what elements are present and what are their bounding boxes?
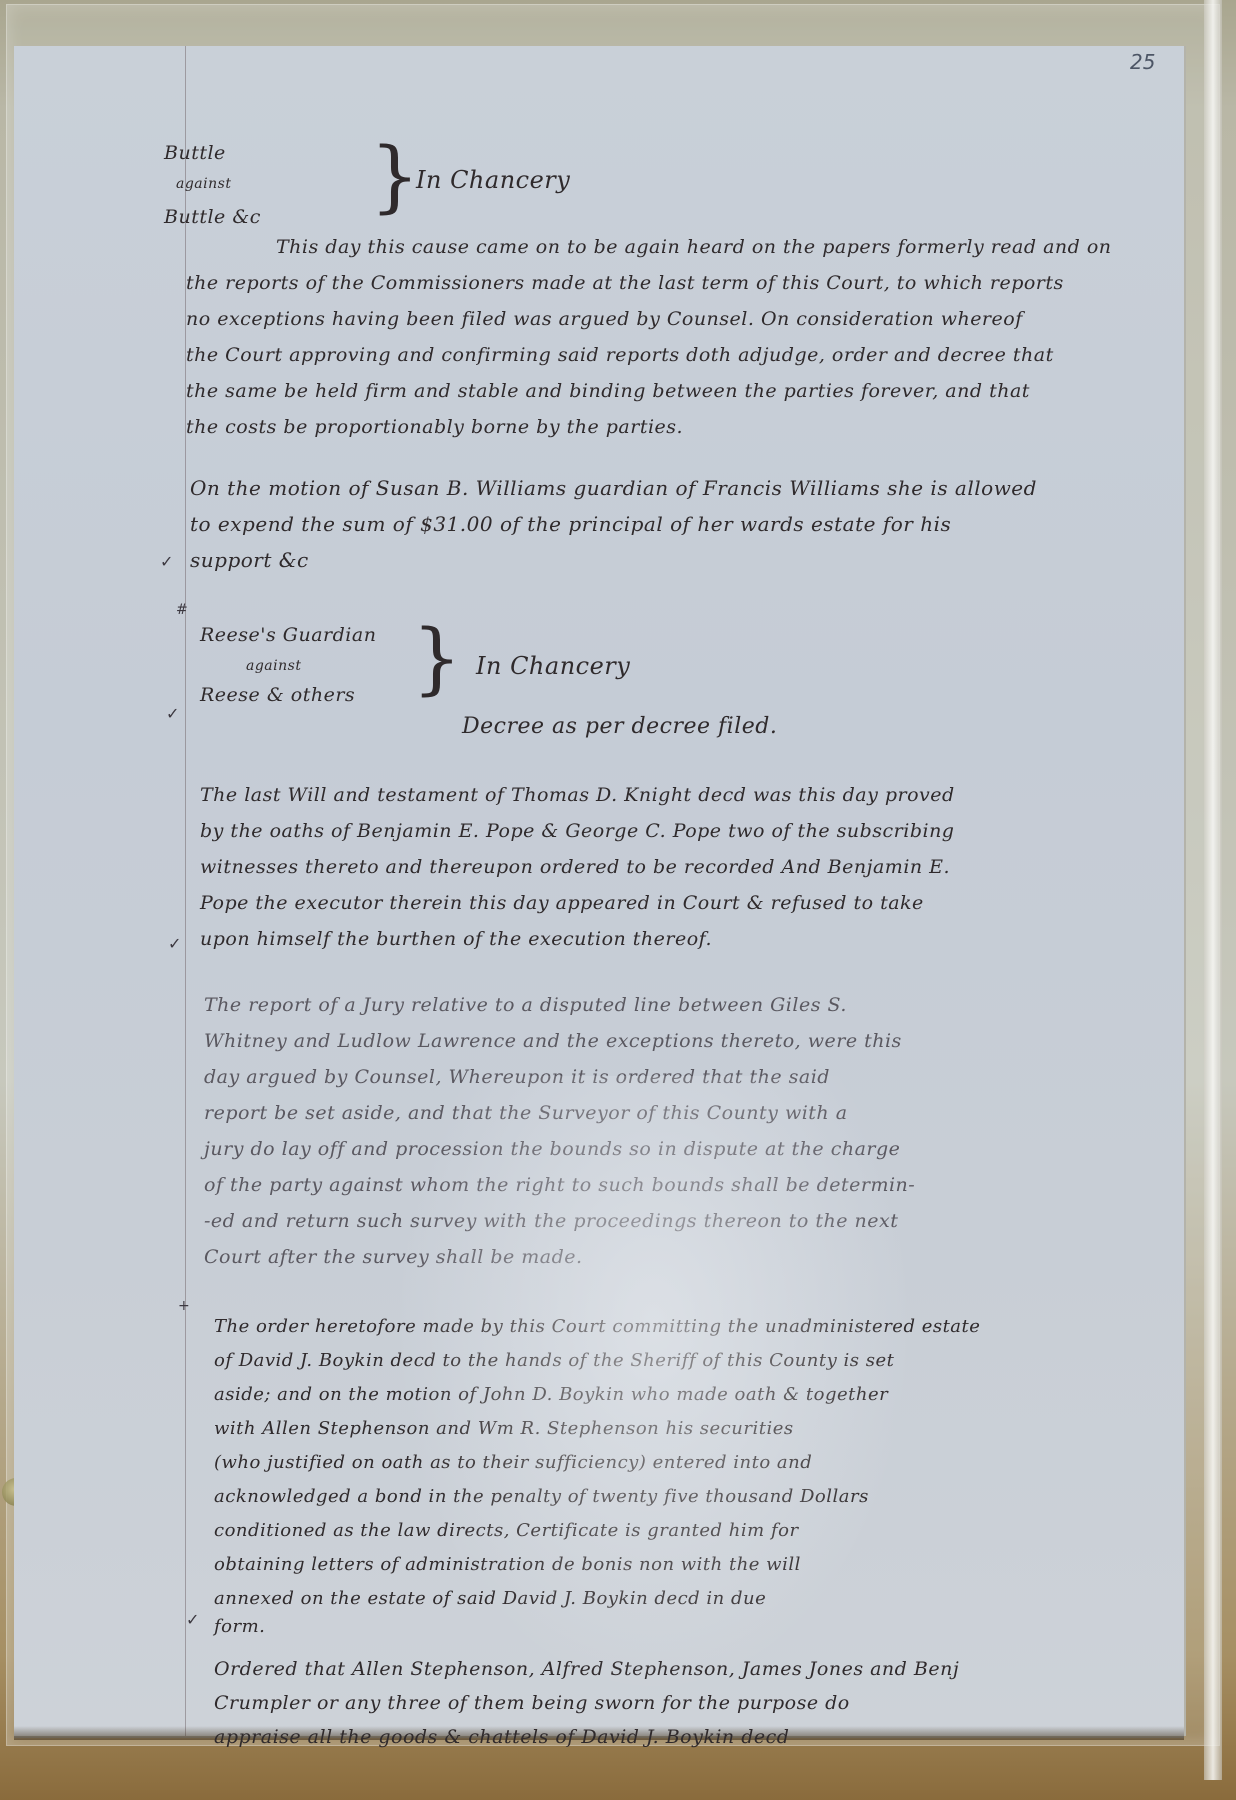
entry-line: support &c bbox=[190, 550, 309, 570]
entry-line: (who justified on oath as to their suffi… bbox=[214, 1454, 812, 1472]
entry-line: appraise all the goods & chattels of Dav… bbox=[214, 1728, 789, 1747]
entry-line: On the motion of Susan B. Williams guard… bbox=[190, 478, 1037, 498]
caption-defendant: Buttle &c bbox=[164, 206, 261, 228]
caption-plaintiff: Reese's Guardian bbox=[200, 624, 376, 646]
caption-brace: } bbox=[370, 138, 420, 216]
entry-line: Ordered that Allen Stephenson, Alfred St… bbox=[214, 1660, 959, 1679]
entry-line: form. bbox=[214, 1618, 265, 1636]
entry-line: report be set aside, and that the Survey… bbox=[204, 1104, 848, 1123]
court-label: In Chancery bbox=[416, 166, 570, 194]
manuscript-page: 25 Buttle against Buttle &c } In Chancer… bbox=[14, 46, 1184, 1736]
entry-line: The last Will and testament of Thomas D.… bbox=[200, 786, 955, 805]
entry-line: jury do lay off and procession the bound… bbox=[204, 1140, 900, 1159]
entry-line: witnesses thereto and thereupon ordered … bbox=[200, 858, 950, 877]
plus-mark-icon: + bbox=[178, 1298, 190, 1314]
entry-line: upon himself the burthen of the executio… bbox=[200, 930, 712, 949]
entry-line: aside; and on the motion of John D. Boyk… bbox=[214, 1386, 888, 1404]
entry-line: no exceptions having been filed was argu… bbox=[186, 310, 1023, 329]
checkmark-icon: ✓ bbox=[186, 1610, 199, 1629]
caption-versus: against bbox=[246, 658, 301, 674]
entry-line: of the party against whom the right to s… bbox=[204, 1176, 915, 1195]
entry-line: the same be held firm and stable and bin… bbox=[186, 382, 1030, 401]
entry-line: The order heretofore made by this Court … bbox=[214, 1318, 980, 1336]
entry-line: the costs be proportionably borne by the… bbox=[186, 418, 683, 437]
entry-line: annexed on the estate of said David J. B… bbox=[214, 1590, 766, 1608]
caption-defendant: Reese & others bbox=[200, 684, 355, 706]
entry-line: the reports of the Commissioners made at… bbox=[186, 274, 1064, 293]
caption-brace: } bbox=[412, 620, 462, 698]
entry-line: Decree as per decree filed. bbox=[462, 716, 777, 738]
page-number: 25 bbox=[1130, 50, 1155, 74]
entry-line: day argued by Counsel, Whereupon it is o… bbox=[204, 1068, 830, 1087]
entry-line: Whitney and Ludlow Lawrence and the exce… bbox=[204, 1032, 902, 1051]
entry-line: conditioned as the law directs, Certific… bbox=[214, 1522, 799, 1540]
entry-line: Court after the survey shall be made. bbox=[204, 1248, 583, 1267]
caption-versus: against bbox=[176, 176, 231, 192]
entry-line: to expend the sum of $31.00 of the princ… bbox=[190, 514, 951, 534]
checkmark-icon: ✓ bbox=[160, 552, 173, 571]
hash-mark-icon: # bbox=[176, 602, 188, 618]
checkmark-icon: ✓ bbox=[168, 934, 181, 953]
sleeve-edge bbox=[1204, 0, 1222, 1780]
entry-line: by the oaths of Benjamin E. Pope & Georg… bbox=[200, 822, 954, 841]
entry-line: of David J. Boykin decd to the hands of … bbox=[214, 1352, 894, 1370]
entry-line: obtaining letters of administration de b… bbox=[214, 1556, 801, 1574]
entry-line: -ed and return such survey with the proc… bbox=[204, 1212, 898, 1231]
entry-line: acknowledged a bond in the penalty of tw… bbox=[214, 1488, 869, 1506]
entry-line: The report of a Jury relative to a dispu… bbox=[204, 996, 847, 1015]
entry-line: the Court approving and confirming said … bbox=[186, 346, 1054, 365]
caption-plaintiff: Buttle bbox=[164, 142, 226, 164]
checkmark-icon: ✓ bbox=[166, 704, 179, 723]
entry-line: with Allen Stephenson and Wm R. Stephens… bbox=[214, 1420, 794, 1438]
entry-line: This day this cause came on to be again … bbox=[276, 238, 1112, 257]
margin-rule bbox=[185, 46, 186, 1736]
court-label: In Chancery bbox=[476, 652, 630, 680]
entry-line: Crumpler or any three of them being swor… bbox=[214, 1694, 850, 1713]
entry-line: Pope the executor therein this day appea… bbox=[200, 894, 924, 913]
